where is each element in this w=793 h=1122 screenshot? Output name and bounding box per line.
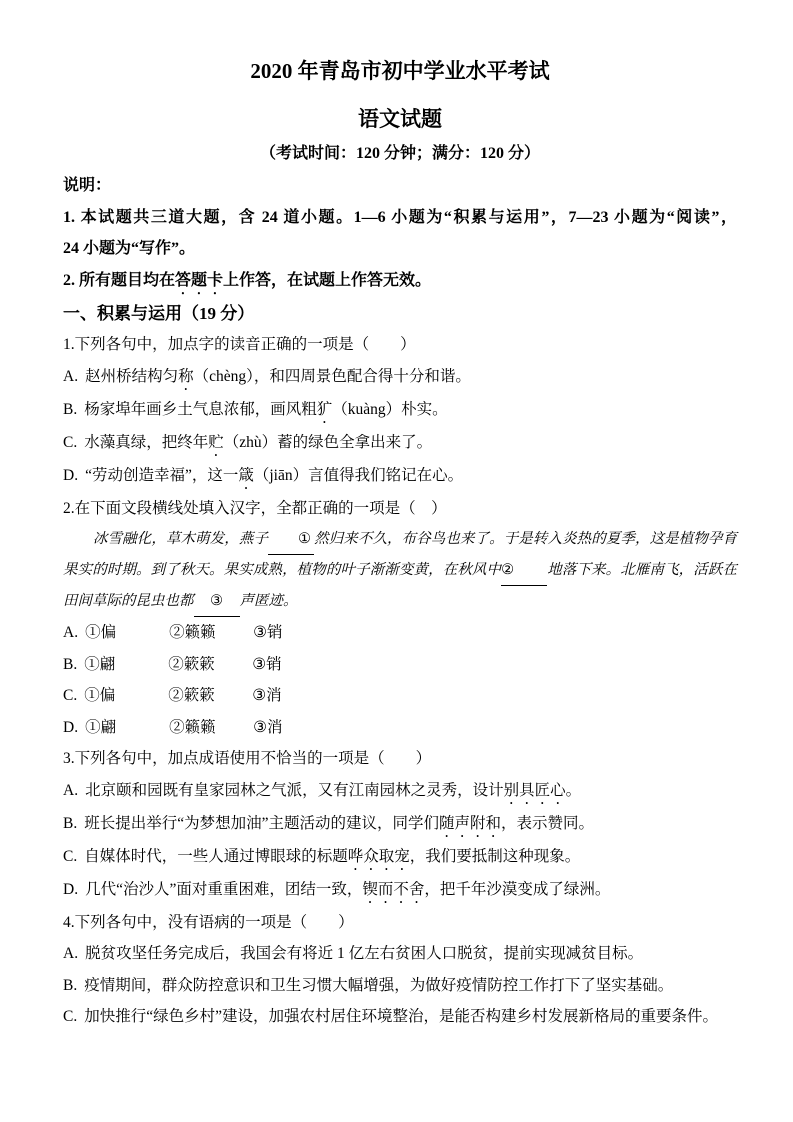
note-item-2-post: 上作答，在试题上作答无效。: [223, 272, 431, 289]
q3-option-d: D.几代“治沙人”面对重重困难，团结一致，锲而不舍，把千年沙漠变成了绿洲。: [63, 874, 737, 907]
option-text: （zhù）蓄的绿色全拿出来了。: [224, 434, 432, 451]
option-item: ③销: [253, 624, 282, 641]
blank-3: ③: [194, 586, 240, 617]
option-text: 自媒体时代，一些人通过博眼球的标题: [84, 848, 348, 865]
option-text: 。: [566, 782, 582, 799]
q4-option-b: B.疫情期间，群众防控意识和卫生习惯大幅增强，为做好疫情防控工作打下了坚实基础。: [63, 970, 737, 1002]
blank-2: ②: [501, 555, 547, 586]
option-text: 赵州桥结构匀: [85, 368, 178, 385]
option-text: ，把千年沙漠变成了绿洲。: [424, 881, 610, 898]
option-label: D.: [63, 719, 78, 736]
q4-option-a: A.脱贫攻坚任务完成后，我国会有将近 1 亿左右贫困人口脱贫，提前实现减贫目标。: [63, 938, 737, 970]
note-item-2-emphasized: 答题卡: [175, 272, 223, 289]
q4-option-c: C.加快推行“绿色乡村”建设，加强农村居住环境整治，是能否构建乡村发展新格局的重…: [63, 1001, 737, 1033]
option-label: A.: [63, 945, 78, 962]
option-label: C.: [63, 1008, 77, 1025]
option-text: 加快推行“绿色乡村”建设，加强农村居住环境整治，是能否构建乡村发展新格局的重要条…: [84, 1008, 718, 1025]
option-item: ②簌簌: [168, 649, 252, 681]
option-label: B.: [63, 401, 77, 418]
option-label: A.: [63, 782, 78, 799]
option-label: C.: [63, 434, 77, 451]
section-1-heading: 一、积累与运用（19 分）: [63, 298, 737, 330]
dotted-char: 称: [178, 368, 194, 385]
option-label: D.: [63, 467, 78, 484]
dotted-idiom: 锲而不舍: [362, 881, 424, 898]
notes-heading: 说明：: [63, 170, 737, 202]
option-text: （jiān）言值得我们铭记在心。: [254, 467, 463, 484]
q2-passage-line-1: 冰雪融化，草木萌发，燕子①然归来不久，布谷鸟也来了。于是转入炎热的夏季，这是植物…: [63, 524, 737, 555]
option-label: A.: [63, 368, 78, 385]
option-text: ，我们要抵制这种现象。: [410, 848, 581, 865]
q2-option-b: B.①翩②簌簌③销: [63, 649, 737, 681]
q4-stem: 4.下列各句中，没有语病的一项是（ ）: [63, 907, 737, 939]
dotted-idiom: 随声附和: [439, 815, 501, 832]
q2-stem: 2.在下面文段横线处填入汉字，全都正确的一项是（ ）: [63, 493, 737, 525]
q2-passage-line-3: 田间草际的昆虫也都③声匿迹。: [63, 586, 737, 617]
q2-option-d: D.①翩②籁籁③消: [63, 712, 737, 744]
option-label: B.: [63, 815, 77, 832]
exam-info: （考试时间：120 分钟；满分：120 分）: [63, 141, 737, 166]
note-item-2: 2. 所有题目均在答题卡上作答，在试题上作答无效。: [63, 265, 737, 298]
option-text: 杨家埠年画乡土气息浓郁，画风粗: [84, 401, 317, 418]
q1-option-b: B.杨家埠年画乡土气息浓郁，画风粗犷（kuàng）朴实。: [63, 394, 737, 427]
passage-text: 冰雪融化，草木萌发，燕子: [93, 531, 268, 547]
note-item-1-line-1: 1. 本试题共三道大题，含 24 道小题。1—6 小题为“积累与运用”，7—23…: [63, 202, 737, 234]
q2-option-c: C.①偏②簌簌③消: [63, 680, 737, 712]
q3-stem: 3.下列各句中，加点成语使用不恰当的一项是（ ）: [63, 743, 737, 775]
option-item: ①翩: [85, 712, 169, 744]
option-label: C.: [63, 848, 77, 865]
dotted-char: 贮: [208, 434, 224, 451]
dotted-char: 犷: [317, 401, 333, 418]
q3-option-c: C.自媒体时代，一些人通过博眼球的标题哗众取宠，我们要抵制这种现象。: [63, 841, 737, 874]
exam-subtitle: 语文试题: [63, 104, 737, 134]
dotted-idiom: 哗众取宠: [348, 848, 410, 865]
option-text: 几代“治沙人”面对重重困难，团结一致，: [85, 881, 362, 898]
option-item: ③销: [252, 656, 281, 673]
q3-option-b: B.班长提出举行“为梦想加油”主题活动的建议，同学们随声附和，表示赞同。: [63, 808, 737, 841]
q1-stem: 1.下列各句中，加点字的读音正确的一项是（ ）: [63, 329, 737, 361]
q2-option-a: A.①偏②籁籁③销: [63, 617, 737, 649]
q1-option-a: A.赵州桥结构匀称（chèng），和四周景色配合得十分和谐。: [63, 361, 737, 394]
option-text: 脱贫攻坚任务完成后，我国会有将近 1 亿左右贫困人口脱贫，提前实现减贫目标。: [85, 945, 643, 962]
q1-option-d: D.“劳动创造幸福”，这一箴（jiān）言值得我们铭记在心。: [63, 460, 737, 493]
option-label: B.: [63, 977, 77, 994]
option-text: 疫情期间，群众防控意识和卫生习惯大幅增强，为做好疫情防控工作打下了坚实基础。: [84, 977, 673, 994]
option-item: ②籁籁: [169, 617, 253, 649]
option-text: ，表示赞同。: [501, 815, 594, 832]
q1-option-c: C.水藻真绿，把终年贮（zhù）蓄的绿色全拿出来了。: [63, 427, 737, 460]
passage-text: 声匿迹。: [240, 593, 298, 609]
passage-text: 地落下来。北雁南飞，活跃在: [547, 562, 737, 578]
passage-text: 田间草际的昆虫也都: [63, 593, 194, 609]
option-item: ①翩: [84, 649, 168, 681]
exam-page: 2020 年青岛市初中学业水平考试 语文试题 （考试时间：120 分钟；满分：1…: [0, 0, 793, 1033]
q2-passage-line-2: 果实的时期。到了秋天。果实成熟，植物的叶子渐渐变黄，在秋风中②地落下来。北雁南飞…: [63, 555, 737, 586]
exam-title: 2020 年青岛市初中学业水平考试: [63, 56, 737, 86]
option-text: （chèng），和四周景色配合得十分和谐。: [194, 368, 471, 385]
option-label: A.: [63, 624, 78, 641]
option-item: ③消: [253, 719, 282, 736]
option-item: ①偏: [85, 617, 169, 649]
option-label: B.: [63, 656, 77, 673]
option-text: 水藻真绿，把终年: [84, 434, 208, 451]
passage-text: 果实的时期。到了秋天。果实成熟，植物的叶子渐渐变黄，在秋风中: [63, 562, 501, 578]
option-item: ②簌簌: [168, 680, 252, 712]
passage-text: 然归来不久，布谷鸟也来了。于是转入炎热的夏季，这是植物孕育: [314, 531, 737, 547]
blank-1: ①: [268, 524, 314, 555]
option-text: 北京颐和园既有皇家园林之气派，又有江南园林之灵秀，设计: [85, 782, 504, 799]
option-item: ②籁籁: [169, 712, 253, 744]
option-item: ③消: [252, 687, 281, 704]
note-item-1-line-2: 24 小题为“写作”。: [63, 233, 737, 265]
option-label: C.: [63, 687, 77, 704]
option-item: ①偏: [84, 680, 168, 712]
note-item-2-pre: 2. 所有题目均在: [63, 272, 175, 289]
q3-option-a: A.北京颐和园既有皇家园林之气派，又有江南园林之灵秀，设计别具匠心。: [63, 775, 737, 808]
option-text: （kuàng）朴实。: [332, 401, 447, 418]
dotted-char: 箴: [238, 467, 254, 484]
dotted-idiom: 别具匠心: [504, 782, 566, 799]
option-text: 班长提出举行“为梦想加油”主题活动的建议，同学们: [84, 815, 439, 832]
option-label: D.: [63, 881, 78, 898]
option-text: “劳动创造幸福”，这一: [85, 467, 238, 484]
